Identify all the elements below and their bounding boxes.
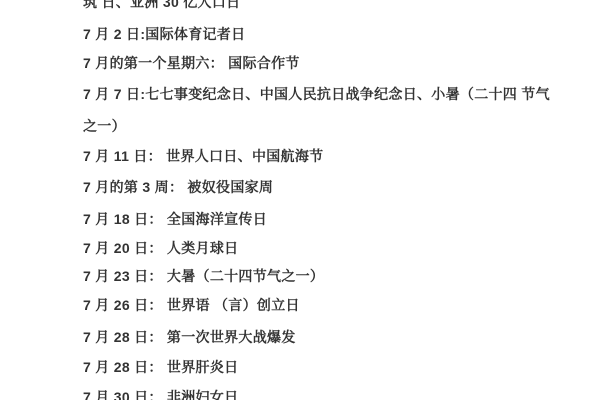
calendar-entry-jul28-ww1: 7 月 28 日： 第一次世界大战爆发 [83, 329, 580, 347]
calendar-entry-jul7: 7 月 7 日:七七事变纪念日、中国人民抗日战争纪念日、小暑（二十四 节气 [83, 86, 580, 104]
calendar-entry-jul23: 7 月 23 日： 大暑（二十四节气之一） [83, 268, 580, 286]
calendar-entry-jul26: 7 月 26 日： 世界语 （言）创立日 [83, 297, 580, 315]
calendar-entry-jul7-wrap: 之一） [83, 118, 580, 136]
calendar-entry-jul11: 7 月 11 日： 世界人口日、中国航海节 [83, 148, 580, 166]
calendar-entry-jul20: 7 月 20 日： 人类月球日 [83, 240, 580, 258]
calendar-entry-jul28-hepatitis: 7 月 28 日： 世界肝炎日 [83, 359, 580, 377]
calendar-entry-continuation-jul1: 筑 日、亚洲 30 亿人口日 [83, 0, 580, 12]
document-page: 筑 日、亚洲 30 亿人口日 7 月 2 日:国际体育记者日 7 月的第一个星期… [0, 0, 600, 400]
calendar-entry-jul2: 7 月 2 日:国际体育记者日 [83, 26, 580, 44]
calendar-entry-jul18: 7 月 18 日： 全国海洋宣传日 [83, 211, 580, 229]
calendar-entry-third-week: 7 月的第 3 周： 被奴役国家周 [83, 179, 580, 197]
calendar-entry-first-saturday: 7 月的第一个星期六： 国际合作节 [83, 55, 580, 73]
calendar-entry-jul30: 7 月 30 日： 非洲妇女日 [83, 389, 580, 400]
